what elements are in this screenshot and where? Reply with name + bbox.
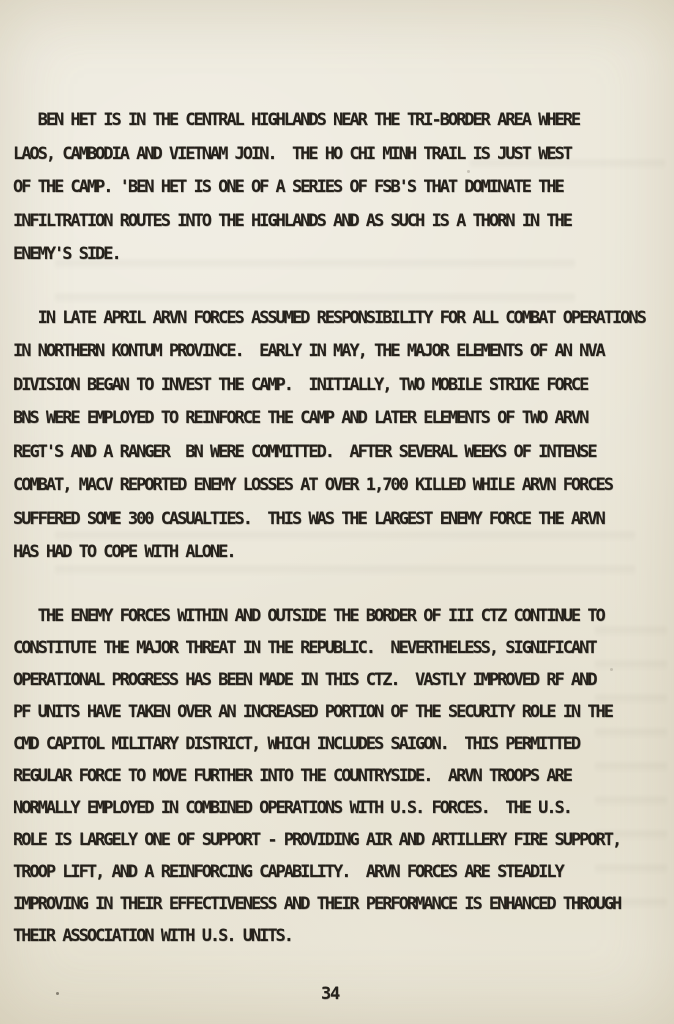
text-line: THE ENEMY FORCES WITHIN AND OUTSIDE THE … — [13, 600, 666, 632]
text-line: CONSTITUTE THE MAJOR THREAT IN THE REPUB… — [13, 632, 666, 664]
text-line: NORMALLY EMPLOYED IN COMBINED OPERATIONS… — [13, 792, 666, 824]
text-line: OPERATIONAL PROGRESS HAS BEEN MADE IN TH… — [13, 664, 666, 696]
document-page: BEN HET IS IN THE CENTRAL HIGHLANDS NEAR… — [0, 0, 674, 1024]
text-line: THEIR ASSOCIATION WITH U.S. UNITS. — [13, 920, 666, 952]
text-line: IN NORTHERN KONTUM PROVINCE. EARLY IN MA… — [13, 335, 666, 369]
paragraph: THE ENEMY FORCES WITHIN AND OUTSIDE THE … — [13, 600, 666, 952]
page-number: 34 — [0, 984, 660, 1004]
text-line: ROLE IS LARGELY ONE OF SUPPORT - PROVIDI… — [13, 824, 666, 856]
text-line: IMPROVING IN THEIR EFFECTIVENESS AND THE… — [13, 888, 666, 920]
text-line: BEN HET IS IN THE CENTRAL HIGHLANDS NEAR… — [13, 104, 666, 138]
paragraph: IN LATE APRIL ARVN FORCES ASSUMED RESPON… — [13, 302, 666, 570]
text-line: PF UNITS HAVE TAKEN OVER AN INCREASED PO… — [13, 696, 666, 728]
ink-speck — [610, 668, 613, 671]
text-line: REGULAR FORCE TO MOVE FURTHER INTO THE C… — [13, 760, 666, 792]
text-line: REGT'S AND A RANGER BN WERE COMMITTED. A… — [13, 436, 666, 470]
text-line: DIVISION BEGAN TO INVEST THE CAMP. INITI… — [13, 369, 666, 403]
text-line: INFILTRATION ROUTES INTO THE HIGHLANDS A… — [13, 205, 666, 239]
text-line: TROOP LIFT, AND A REINFORCING CAPABILITY… — [13, 856, 666, 888]
page-number-value: 34 — [321, 984, 339, 1004]
text-line: OF THE CAMP. 'BEN HET IS ONE OF A SERIES… — [13, 171, 666, 205]
ink-speck — [56, 992, 59, 995]
text-line: BNS WERE EMPLOYED TO REINFORCE THE CAMP … — [13, 402, 666, 436]
body-text: BEN HET IS IN THE CENTRAL HIGHLANDS NEAR… — [13, 104, 666, 952]
text-line: SUFFERED SOME 300 CASUALTIES. THIS WAS T… — [13, 503, 666, 537]
text-line: HAS HAD TO COPE WITH ALONE. — [13, 536, 666, 570]
text-line: CMD CAPITOL MILITARY DISTRICT, WHICH INC… — [13, 728, 666, 760]
text-line: ENEMY'S SIDE. — [13, 238, 666, 272]
text-line: COMBAT, MACV REPORTED ENEMY LOSSES AT OV… — [13, 469, 666, 503]
ink-speck — [467, 170, 470, 173]
text-line: IN LATE APRIL ARVN FORCES ASSUMED RESPON… — [13, 302, 666, 336]
paragraph: BEN HET IS IN THE CENTRAL HIGHLANDS NEAR… — [13, 104, 666, 272]
text-line: LAOS, CAMBODIA AND VIETNAM JOIN. THE HO … — [13, 138, 666, 172]
